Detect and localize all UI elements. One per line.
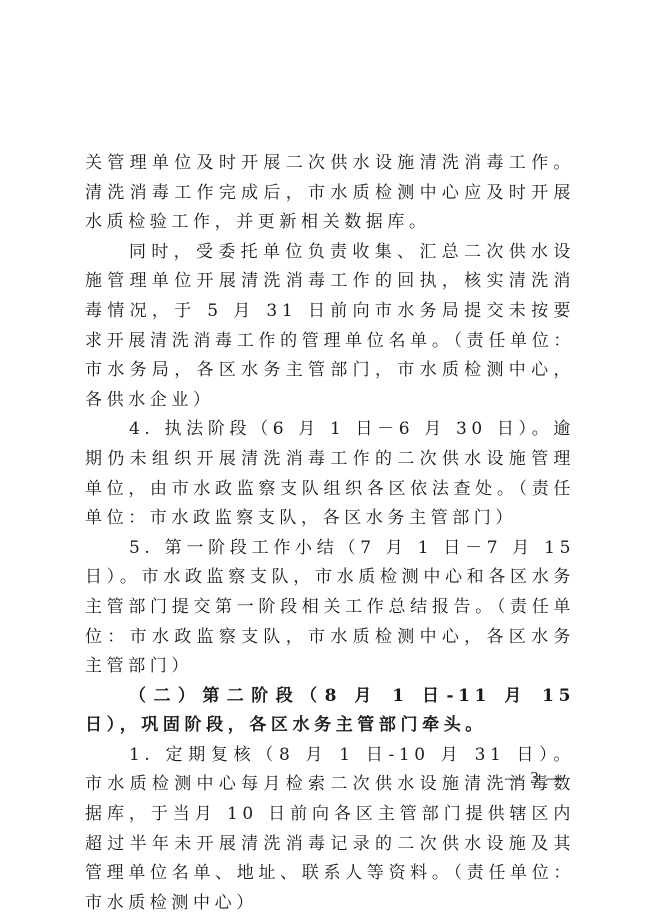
document-body: 关管理单位及时开展二次供水设施清洗消毒工作。清洗消毒工作完成后，市水质检测中心应… (85, 149, 575, 918)
paragraph-continuation: 关管理单位及时开展二次供水设施清洗消毒工作。清洗消毒工作完成后，市水质检测中心应… (85, 149, 575, 238)
page-number: — 3 — (505, 768, 566, 788)
section-heading-phase-two: （二）第二阶段（8 月 1 日-11 月 15 日），巩固阶段，各区水务主管部门… (85, 682, 575, 741)
paragraph-phase-one-summary: 5. 第一阶段工作小结（7 月 1 日－7 月 15 日）。市水政监察支队，市水… (85, 534, 575, 682)
phase-one-summary-text: 市水政监察支队，市水质检测中心和各区水务主管部门提交第一阶段相关工作总结报告。（… (85, 567, 575, 676)
enforcement-stage-heading: 4. 执法阶段（6 月 1 日－6 月 30 日）。 (129, 419, 553, 439)
paragraph-enforcement-stage: 4. 执法阶段（6 月 1 日－6 月 30 日）。逾期仍未组织开展清洗消毒工作… (85, 415, 575, 533)
paragraph-periodic-review: 1. 定期复核（8 月 1 日-10 月 31 日）。市水质检测中心每月检索二次… (85, 741, 575, 919)
periodic-review-text: 市水质检测中心每月检索二次供水设施清洗消毒数据库，于当月 10 日前向各区主管部… (85, 774, 575, 912)
paragraph-collection-summary: 同时，受委托单位负责收集、汇总二次供水设施管理单位开展清洗消毒工作的回执，核实清… (85, 238, 575, 416)
periodic-review-heading: 1. 定期复核（8 月 1 日-10 月 31 日）。 (129, 745, 575, 765)
